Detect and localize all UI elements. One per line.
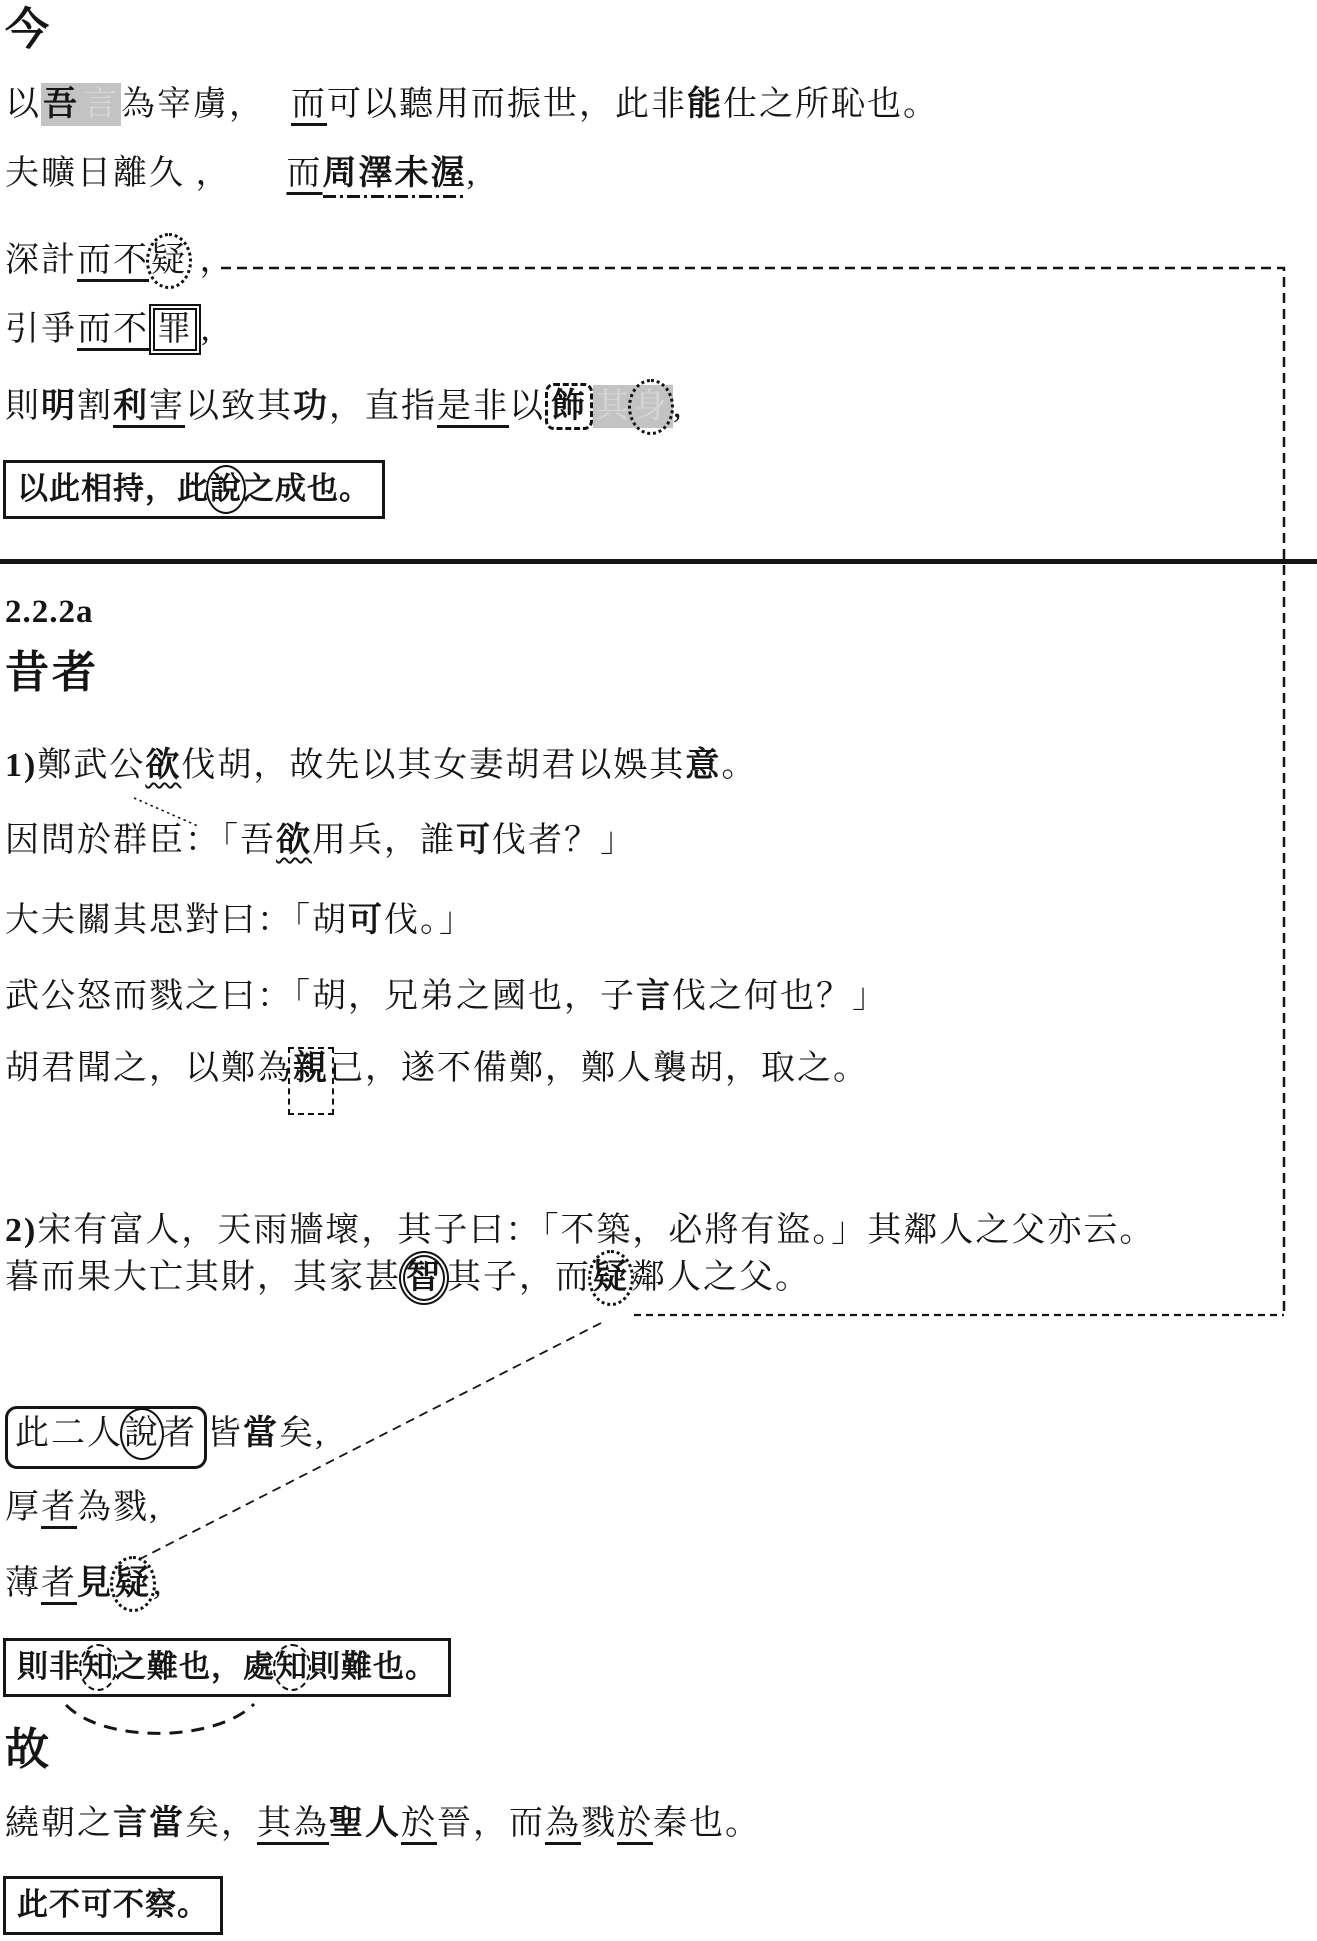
story2-line-2: 暮而果大亡其財，其家甚智其子，而疑鄰人之父。	[5, 1257, 811, 1300]
text-segment: 而不	[77, 242, 149, 279]
text-segment: 可以聽用而振世，此非	[327, 86, 687, 123]
rounded-boxed-phrase: 此二人說者	[5, 1406, 207, 1469]
text-segment: 者	[161, 1415, 197, 1452]
text-segment: 而	[287, 155, 323, 192]
text-segment: 聖人	[329, 1805, 401, 1842]
text-segment: 為戮,	[77, 1489, 160, 1526]
text-segment: 言當	[113, 1805, 185, 1842]
text-segment: 昔者	[5, 648, 99, 697]
story1-line-3: 大夫關其思對曰：「胡可伐。」	[5, 900, 475, 943]
text-segment: 仕之所恥也。	[723, 86, 939, 123]
story1-line-4: 武公怒而戮之曰：「胡，兄弟之國也，子言伐之何也？」	[5, 976, 888, 1019]
text-segment: 則	[5, 388, 41, 425]
text-segment: 秦也。	[653, 1805, 761, 1842]
line-yin-zheng: 引爭而不罪,	[5, 306, 212, 353]
boxed-line-ci-bu-ke: 此不可不察。	[3, 1876, 223, 1935]
text-segment: 矣，	[185, 1805, 257, 1842]
text-segment: 晉，而	[437, 1805, 545, 1842]
text-segment: 用兵，誰	[312, 822, 456, 859]
line-ze-ming-ge: 則明割利害以致其功，直指是非以飾其身,	[5, 386, 684, 429]
text-segment: 以致其	[185, 388, 293, 425]
final-line: 繞朝之言當矣，其為聖人於晉，而為戮於秦也。	[5, 1803, 761, 1846]
text-segment: 則難也。	[309, 1649, 437, 1684]
text-segment: 此不可不察。	[17, 1887, 209, 1922]
text-segment: 明	[41, 388, 77, 425]
text-segment: 以	[509, 388, 545, 425]
story2-line-1: 2)宋有富人，天雨牆壞，其子曰：「不築，必將有盜。」其鄰人之父亦云。	[5, 1210, 1155, 1253]
line-yi-wu-yan: 以吾言為宰虜，而可以聽用而振世，此非能仕之所恥也。	[5, 84, 939, 127]
text-segment: 皆	[207, 1415, 243, 1452]
line-fu-kuang-ri: 夫曠日離久 ，而周澤未渥,	[5, 153, 477, 196]
highlighted-phrase: 其身	[593, 385, 673, 428]
dotted-circled-char: 疑	[588, 1250, 634, 1306]
dash-circled-char: 知	[273, 1644, 311, 1691]
text-segment: 2)	[5, 1212, 37, 1249]
text-segment: ,	[201, 311, 212, 348]
text-segment: 厚	[5, 1489, 41, 1526]
text-segment: 可	[348, 902, 384, 939]
text-segment: 為	[545, 1805, 581, 1842]
text-segment: 伐胡，故先以其女妻胡君以娛其	[181, 747, 685, 784]
text-segment: 。	[721, 747, 757, 784]
text-segment: 於	[617, 1805, 653, 1842]
text-segment: 因問於群臣：「吾	[5, 822, 276, 859]
text-segment: 而	[291, 86, 327, 123]
arc-zhi-to-zhi-dashed	[66, 1704, 254, 1733]
text-segment: 意	[685, 747, 721, 784]
text-segment: 則非	[17, 1649, 81, 1684]
text-segment: 大夫關其思對曰：「胡	[5, 902, 348, 939]
text-segment: 鄰人之父。	[631, 1259, 811, 1296]
circled-char: 說	[120, 1408, 164, 1460]
circled-char: 說	[206, 465, 246, 514]
text-segment: 之難也，處	[115, 1649, 275, 1684]
text-segment: 能	[687, 86, 723, 123]
story1-line-1: 1)鄭武公欲伐胡，故先以其女妻胡君以娛其意。	[5, 745, 757, 788]
text-segment: 繞朝之	[5, 1805, 113, 1842]
text-segment: 伐者？」	[492, 822, 636, 859]
text-segment: 言	[636, 978, 672, 1015]
dash-boxed-char: 飾	[545, 383, 593, 430]
heading-xi-zhe: 昔者	[5, 645, 99, 700]
highlighted-light-char: 言	[81, 83, 121, 126]
boxed-line-yi-ci-xiang-chi: 以此相持，此說之成也。	[3, 460, 385, 519]
highlighted-char: 吾	[41, 83, 81, 126]
text-segment: 深計	[5, 242, 77, 279]
dash-circled-char: 知	[79, 1644, 117, 1691]
text-segment: 暮而果大亡其財，其家甚	[5, 1259, 401, 1296]
story1-line-5: 胡君聞之，以鄭為親己，遂不備鄭，鄭人襲胡，取之。	[5, 1048, 869, 1091]
text-segment: 之成也。	[243, 471, 371, 506]
section-number: 2.2.2a	[5, 592, 94, 633]
section-divider	[0, 559, 1317, 564]
story1-line-2: 因問於群臣：「吾欲用兵，誰可伐者？」	[5, 820, 636, 863]
page: 今 以吾言為宰虜，而可以聽用而振世，此非能仕之所恥也。 夫曠日離久 ，而周澤未渥…	[0, 0, 1317, 1941]
text-segment: 伐。」	[384, 902, 475, 939]
text-segment: 故	[5, 1725, 52, 1774]
text-segment: 者	[41, 1489, 77, 1526]
text-segment: 伐之何也？」	[672, 978, 888, 1015]
dashdot-underlined-phrase: 周澤未渥	[323, 155, 467, 198]
wavy-underlined-char: 欲	[145, 747, 181, 784]
text-segment: ，	[189, 242, 236, 279]
dotted-circled-char: 疑	[110, 1556, 156, 1612]
double-boxed-char: 罪	[149, 304, 201, 355]
comment-line-1: 此二人說者皆當矣,	[5, 1412, 326, 1463]
text-segment: 引爭	[5, 311, 77, 348]
text-segment: 可	[456, 822, 492, 859]
heading-gu: 故	[5, 1722, 52, 1777]
text-segment: 其子，而	[447, 1259, 591, 1296]
text-segment: 為宰虜，	[121, 86, 265, 123]
text-segment: 害	[149, 388, 185, 425]
text-segment: ，直指	[329, 388, 437, 425]
text-segment: 是非	[437, 388, 509, 425]
text-segment: 於	[401, 1805, 437, 1842]
text-segment: 此二人	[15, 1415, 123, 1452]
text-segment: 其為	[257, 1805, 329, 1842]
text-segment: 鄭武公	[37, 747, 145, 784]
text-segment: 以此相持，此	[17, 471, 209, 506]
text-segment: 割	[77, 388, 113, 425]
text-segment: ,	[153, 1565, 164, 1602]
text-segment: 薄	[5, 1565, 41, 1602]
text-segment: 當	[243, 1415, 279, 1452]
text-segment: 見	[77, 1565, 113, 1602]
text-segment: 今	[5, 5, 52, 54]
text-segment: 戮	[581, 1805, 617, 1842]
dotted-circled-char: 疑	[146, 233, 192, 289]
text-segment: ,	[673, 388, 684, 425]
comment-line-3: 薄者見疑,	[5, 1563, 164, 1606]
dash-framed-char: 親	[293, 1048, 329, 1091]
boxed-line-ze-fei-zhi: 則非知之難也，處知則難也。	[3, 1638, 451, 1697]
text-segment: 而不	[77, 311, 149, 348]
text-segment: 以	[5, 86, 41, 123]
double-circled-char: 智	[399, 1251, 449, 1305]
dotted-circled-char: 身	[628, 379, 674, 435]
text-segment: 利	[113, 388, 149, 425]
heading-jin: 今	[5, 2, 52, 57]
text-segment: 己，遂不備鄭，鄭人襲胡，取之。	[329, 1050, 869, 1087]
text-segment: 其	[595, 388, 631, 425]
text-segment: 武公怒而戮之曰：「胡，兄弟之國也，子	[5, 978, 636, 1015]
text-segment: 夫曠日離久 ，	[5, 155, 232, 192]
comment-line-2: 厚者為戮,	[5, 1487, 160, 1530]
text-segment: 功	[293, 388, 329, 425]
text-segment: 宋有富人，天雨牆壞，其子曰：「不築，必將有盜。」其鄰人之父亦云。	[37, 1212, 1155, 1249]
wavy-underlined-char: 欲	[276, 822, 312, 859]
text-segment: 者	[41, 1565, 77, 1602]
line-shen-ji: 深計而不疑 ，	[5, 240, 236, 283]
text-segment: ,	[467, 155, 478, 192]
text-segment: 矣,	[279, 1415, 326, 1452]
text-segment: 胡君聞之，以鄭為	[5, 1050, 293, 1087]
text-segment: 1)	[5, 747, 37, 784]
